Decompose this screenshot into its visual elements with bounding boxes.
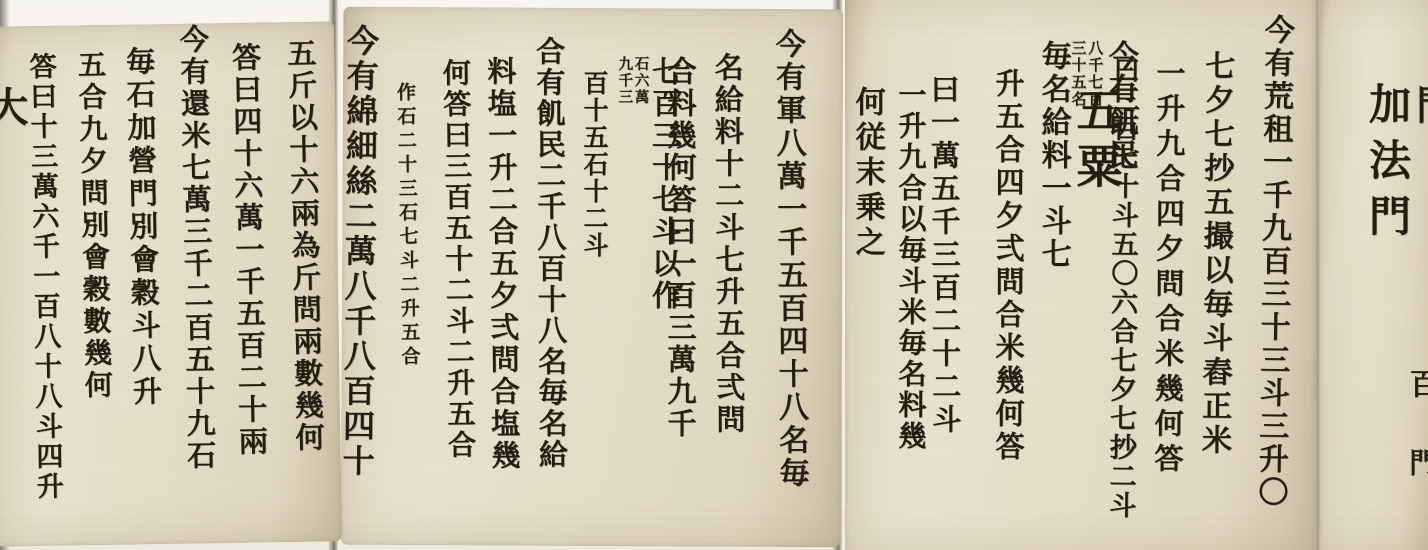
text-column: 升五合四夕弍問合米幾何答	[992, 68, 1024, 464]
text-column: 何従末乗之	[850, 86, 884, 261]
column-text: 大	[0, 86, 29, 126]
column-text: 何従末乗之	[850, 86, 885, 261]
column-text: 名給料十二斗七升五合弍問	[710, 52, 746, 436]
text-column: 曰一萬五千三百二十二斗	[927, 74, 961, 437]
text-column: 今有綿細絲二萬八千八百四十	[338, 24, 379, 479]
column-text: 加法門	[1363, 82, 1412, 250]
column-text: 一升九合以毎斗米毎名料幾	[894, 80, 927, 452]
text-column: 答曰十三萬六千一百八十八斗四升	[24, 52, 62, 502]
text-column: 百十五石十二斗	[580, 70, 608, 259]
manuscript-photo: 加法門門百門今有荒租一千九百三十三斗三升〇七夕七抄五撮以毎斗舂正米一升九合四夕問…	[0, 0, 1428, 550]
column-text: 合有飢民二千八百十八名毎名給	[532, 36, 569, 470]
text-column: 五合九夕問別會穀數幾何	[74, 50, 113, 403]
column-text: 百	[1404, 368, 1428, 402]
column-text: 門	[1410, 84, 1428, 124]
column-text-continued: 毎名給料一斗七	[1036, 40, 1071, 271]
column-text: 今有軍八萬一千五百四十八名毎	[770, 28, 809, 490]
column-text: 何答曰三百五十二斗二升五合	[439, 58, 478, 461]
text-column: 今有還米七萬三千二百五十九石	[176, 24, 216, 472]
column-text: 七百三十七斗以作	[648, 56, 682, 312]
column-text: 一升九合四夕問合米幾何答	[1150, 58, 1186, 478]
partial-glyph: 百	[1404, 368, 1428, 402]
text-column: 今有飢民八千七百三十五名毎名給料一斗七	[1036, 40, 1137, 271]
text-column: 名給料十二斗七升五合弍問	[711, 52, 745, 436]
section-title: 加法門	[1364, 82, 1411, 250]
column-text: 答曰四十六萬一千五百二十兩	[228, 42, 269, 459]
text-column: 今有軍八萬一千五百四十八名毎	[770, 28, 808, 490]
text-column: 毎石加營門別會穀斗八升	[122, 46, 162, 410]
column-text: 今有飢民	[1103, 40, 1138, 172]
interlinear-note: 石六萬九千三	[616, 56, 648, 312]
interlinear-note: 八千七百三十五名	[1070, 40, 1104, 271]
text-column: 七夕七抄五撮以毎斗舂正米	[1196, 50, 1233, 458]
column-text: 門	[1405, 448, 1428, 478]
text-column: 一升九合以毎斗米毎名料幾	[895, 80, 926, 452]
column-text: 今有荒租一千九百三十三斗三升〇	[1252, 14, 1294, 509]
column-text: 今有綿細絲二萬八千八百四十	[337, 24, 380, 479]
partial-glyph: 門	[1410, 84, 1428, 124]
column-text: 曰一萬五千三百二十二斗	[927, 74, 963, 437]
column-text: 料塩一升二合五夕弍問合塩幾	[483, 56, 521, 472]
partial-glyph: 大	[0, 86, 27, 126]
interlinear-note-line: 八千七百	[1086, 40, 1103, 271]
column-text: 七夕七抄五撮以毎斗舂正米	[1196, 50, 1235, 458]
small-column: 作石二十三石七斗二升五合	[393, 82, 419, 370]
column-text: 升五合四夕弍問合米幾何答	[991, 68, 1025, 464]
text-column: 答曰四十六萬一千五百二十兩	[228, 42, 268, 459]
text-column: 七百三十七斗以作石六萬九千三	[616, 56, 681, 312]
text-column: 一升九合四夕問合米幾何答	[1151, 58, 1186, 478]
text-column: 今有荒租一千九百三十三斗三升〇	[1253, 14, 1294, 509]
partial-glyph: 門	[1406, 448, 1428, 478]
column-text: 百十五石十二斗	[580, 70, 609, 259]
text-column: 合有飢民二千八百十八名毎名給	[532, 36, 567, 470]
text-column: 料塩一升二合五夕弍問合塩幾	[484, 56, 521, 472]
interlinear-note-line: 三十五名	[1070, 40, 1087, 271]
text-column: 何答曰三百五十二斗二升五合	[439, 58, 476, 461]
interlinear-note-line: 石六萬	[632, 56, 648, 312]
interlinear-note-line: 九千三	[616, 56, 632, 312]
